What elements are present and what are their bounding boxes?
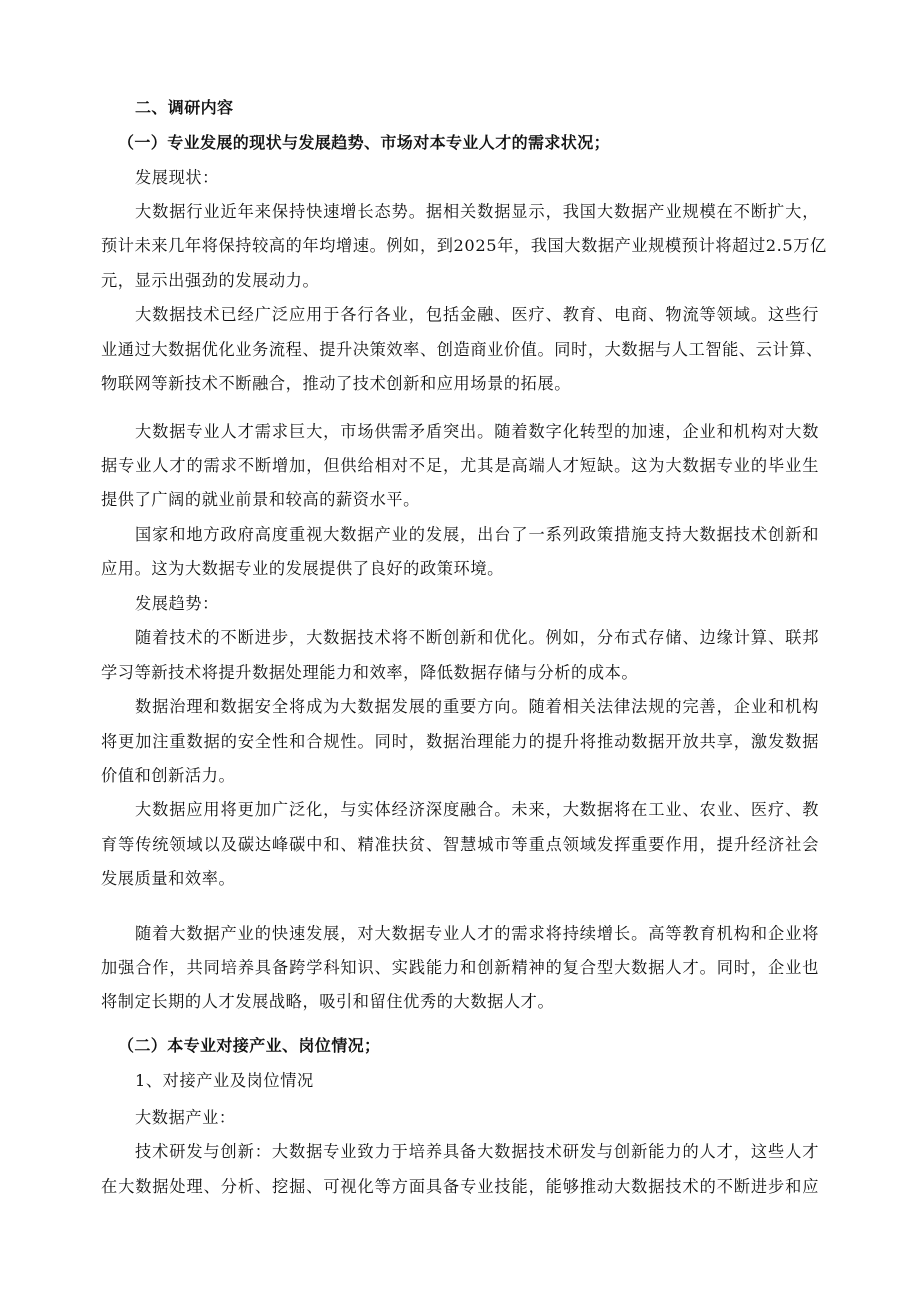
status-label: 发展现状：: [135, 166, 853, 190]
document-page: 二、调研内容 （一）专业发展的现状与发展趋势、市场对本专业人才的需求状况； 发展…: [0, 0, 920, 1301]
paragraph-line: 提供了广阔的就业前景和较高的薪资水平。: [101, 488, 819, 512]
paragraph-line: 大数据专业人才需求巨大，市场供需矛盾突出。随着数字化转型的加速，企业和机构对大数: [135, 420, 819, 444]
subsection-title-2: （二）本专业对接产业、岗位情况；: [118, 1034, 836, 1058]
paragraph-line: 将制定长期的人才发展战略，吸引和留住优秀的大数据人才。: [101, 990, 819, 1014]
paragraph-line: 加强合作，共同培养具备跨学科知识、实践能力和创新精神的复合型大数据人才。同时，企…: [101, 956, 819, 980]
paragraph-line: 在大数据处理、分析、挖掘、可视化等方面具备专业技能，能够推动大数据技术的不断进步…: [101, 1175, 819, 1199]
paragraph-line: 业通过大数据优化业务流程、提升决策效率、创造商业价值。同时，大数据与人工智能、云…: [101, 338, 819, 362]
paragraph-line: 发展质量和效率。: [101, 867, 819, 891]
paragraph-line: 随着大数据产业的快速发展，对大数据专业人才的需求将持续增长。高等教育机构和企业将: [135, 922, 819, 946]
paragraph-line: 价值和创新活力。: [101, 764, 819, 788]
paragraph-line: 育等传统领域以及碳达峰碳中和、精准扶贫、智慧城市等重点领域发挥重要作用，提升经济…: [101, 833, 819, 857]
paragraph-line: 学习等新技术将提升数据处理能力和效率，降低数据存储与分析的成本。: [101, 661, 819, 685]
paragraph-line: 大数据行业近年来保持快速增长态势。据相关数据显示，我国大数据产业规模在不断扩大，: [135, 200, 819, 224]
paragraph-line: 大数据应用将更加广泛化，与实体经济深度融合。未来，大数据将在工业、农业、医疗、教: [135, 798, 819, 822]
paragraph-line: 大数据技术已经广泛应用于各行各业，包括金融、医疗、教育、电商、物流等领域。这些行: [135, 303, 819, 327]
paragraph-line: 国家和地方政府高度重视大数据产业的发展，出台了一系列政策措施支持大数据技术创新和: [135, 523, 819, 547]
paragraph-line: 应用。这为大数据专业的发展提供了良好的政策环境。: [101, 557, 819, 581]
paragraph-line: 技术研发与创新：大数据专业致力于培养具备大数据技术研发与创新能力的人才，这些人才: [135, 1140, 819, 1164]
paragraph-line: 据专业人才的需求不断增加，但供给相对不足，尤其是高端人才短缺。这为大数据专业的毕…: [101, 454, 819, 478]
paragraph-line: 物联网等新技术不断融合，推动了技术创新和应用场景的拓展。: [101, 372, 819, 396]
paragraph-line: 将更加注重数据的安全性和合规性。同时，数据治理能力的提升将推动数据开放共享，激发…: [101, 730, 819, 754]
industry-label: 大数据产业：: [135, 1106, 853, 1130]
section-title: 二、调研内容: [135, 96, 853, 120]
paragraph-line: 随着技术的不断进步，大数据技术将不断创新和优化。例如，分布式存储、边缘计算、联邦: [135, 626, 819, 650]
paragraph-line: 数据治理和数据安全将成为大数据发展的重要方向。随着相关法律法规的完善，企业和机构: [135, 695, 819, 719]
item-title: 1、对接产业及岗位情况: [135, 1069, 853, 1093]
subsection-title-1: （一）专业发展的现状与发展趋势、市场对本专业人才的需求状况；: [118, 131, 836, 155]
paragraph-line: 元，显示出强劲的发展动力。: [101, 269, 819, 293]
trend-label: 发展趋势：: [135, 592, 853, 616]
paragraph-line: 预计未来几年将保持较高的年均增速。例如，到2025年，我国大数据产业规模预计将超…: [101, 234, 819, 258]
